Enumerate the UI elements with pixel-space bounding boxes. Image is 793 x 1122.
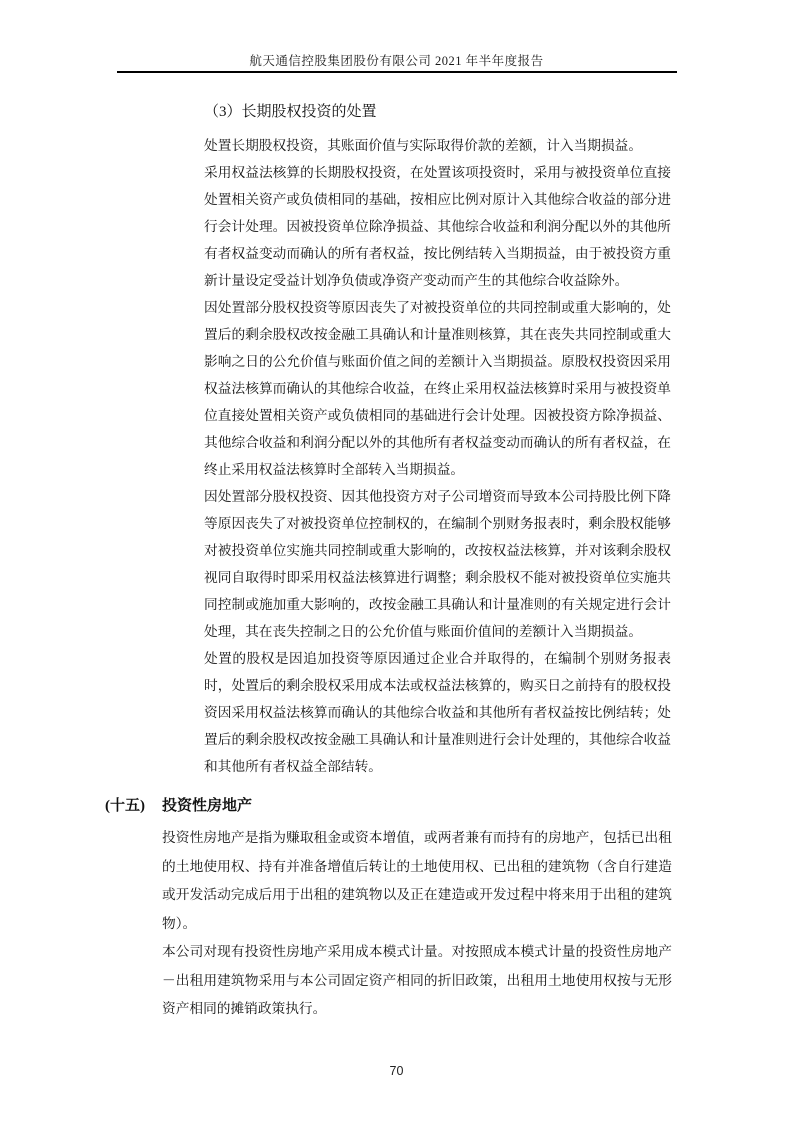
section-heading-row: (十五) 投资性房地产 [105, 796, 672, 816]
paragraph: 投资性房地产是指为赚取租金或资本增值，或两者兼有而持有的房地产，包括已出租的土地… [162, 824, 672, 938]
section-number: (十五) [105, 796, 162, 816]
paragraph: 采用权益法核算的长期股权投资，在处置该项投资时，采用与被投资单位直接处置相关资产… [204, 159, 671, 294]
subsection-heading: （3）长期股权投资的处置 [204, 102, 671, 122]
section-investment-property: (十五) 投资性房地产 投资性房地产是指为赚取租金或资本增值，或两者兼有而持有的… [105, 796, 672, 1024]
report-page: 航天通信控股集团股份有限公司 2021 年半年度报告 （3）长期股权投资的处置 … [0, 0, 793, 1122]
header-divider [117, 71, 677, 73]
paragraph: 因处置部分股权投资等原因丧失了对被投资单位的共同控制或重大影响的，处置后的剩余股… [204, 294, 671, 483]
paragraph: 本公司对现有投资性房地产采用成本模式计量。对按照成本模式计量的投资性房地产－出租… [162, 938, 672, 1024]
section-title: 投资性房地产 [162, 796, 252, 816]
paragraph: 因处置部分股权投资、因其他投资方对子公司增资而导致本公司持股比例下降等原因丧失了… [204, 483, 671, 645]
section-body: 投资性房地产是指为赚取租金或资本增值，或两者兼有而持有的房地产，包括已出租的土地… [162, 824, 672, 1024]
paragraph: 处置的股权是因追加投资等原因通过企业合并取得的，在编制个别财务报表时，处置后的剩… [204, 645, 671, 780]
page-number: 70 [0, 1064, 793, 1078]
report-header-title: 航天通信控股集团股份有限公司 2021 年半年度报告 [0, 51, 793, 69]
section-long-term-equity-disposal: （3）长期股权投资的处置 处置长期股权投资，其账面价值与实际取得价款的差额，计入… [204, 102, 671, 780]
paragraph: 处置长期股权投资，其账面价值与实际取得价款的差额，计入当期损益。 [204, 132, 671, 159]
